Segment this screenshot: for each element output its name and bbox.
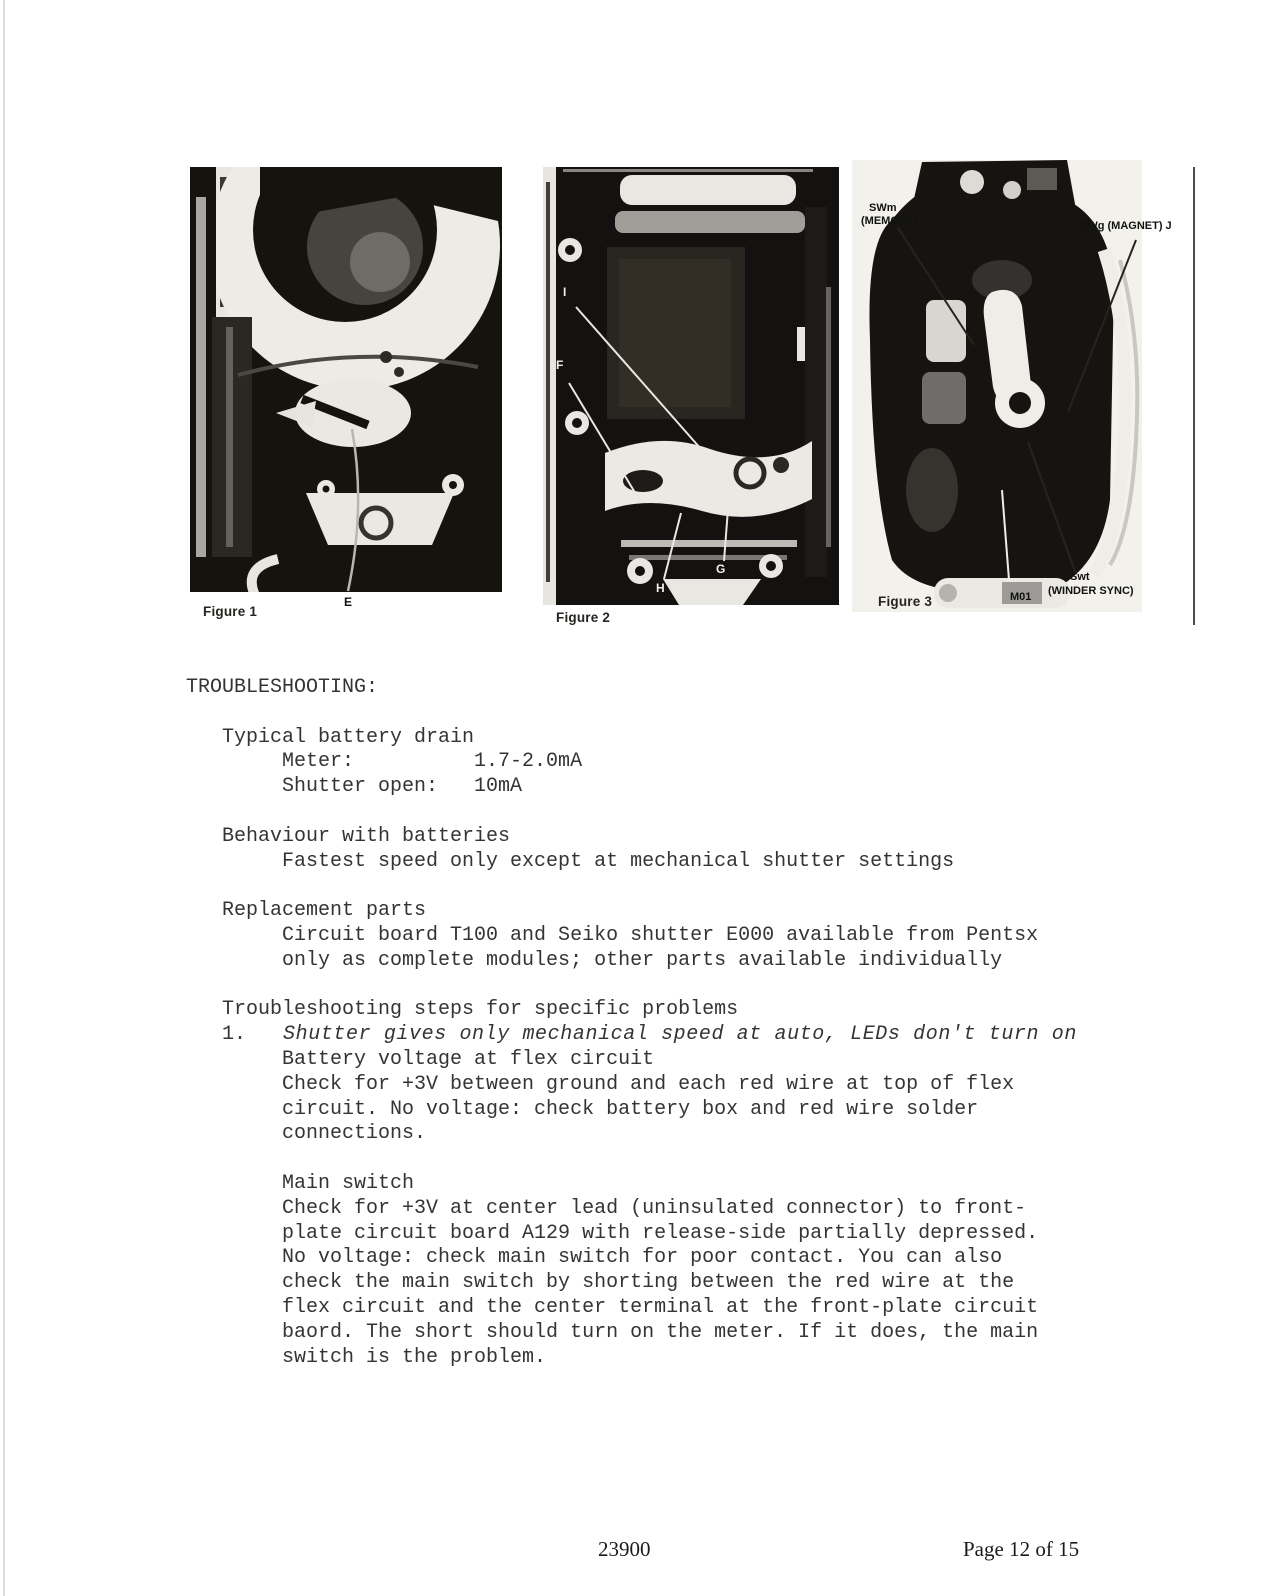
figure-3-caption: Figure 3 [878,594,932,609]
callout-label-h: H [656,582,665,594]
footer-page-label: Page 12 of 15 [963,1537,1079,1562]
figure-2-photo [543,167,839,605]
figure-2-caption: Figure 2 [556,610,610,625]
problem-item-title: Shutter gives only mechanical speed at a… [283,1023,1077,1046]
troubleshooting-text-column: TROUBLESHOOTING: Typical battery drain M… [186,676,1077,1370]
footer-doc-number: 23900 [598,1537,651,1562]
troubleshooting-block-1: TROUBLESHOOTING: Typical battery drain M… [186,676,1077,1023]
callout-label-swm-sub: (MEMORY) [861,216,917,227]
callout-label-swm: SWm [869,203,897,214]
scanned-manual-page: E Figure 1 I F H G Figure 2 [0,0,1284,1596]
callout-label-m01: M01 [1010,592,1031,603]
callout-label-swt-sub: (WINDER SYNC) [1048,586,1134,597]
figure-1-caption: Figure 1 [203,604,257,619]
callout-label-swt: Swt [1070,572,1090,583]
camera-body-shape [869,174,1114,592]
callout-label-e: E [344,596,352,608]
callout-label-i: I [563,286,566,298]
scan-border-line [1193,167,1195,625]
troubleshooting-block-2: Battery voltage at flex circuit Check fo… [186,1048,1077,1370]
problem-item-1-line: 1.Shutter gives only mechanical speed at… [186,1023,1077,1048]
callout-label-f: F [556,359,563,371]
callout-label-swg: SWg (MAGNET) J [1080,221,1172,232]
problem-item-number: 1. [222,1023,246,1046]
figure-1-photo [190,167,502,592]
callout-label-g: G [716,563,725,575]
page-edge-line [3,0,5,1596]
